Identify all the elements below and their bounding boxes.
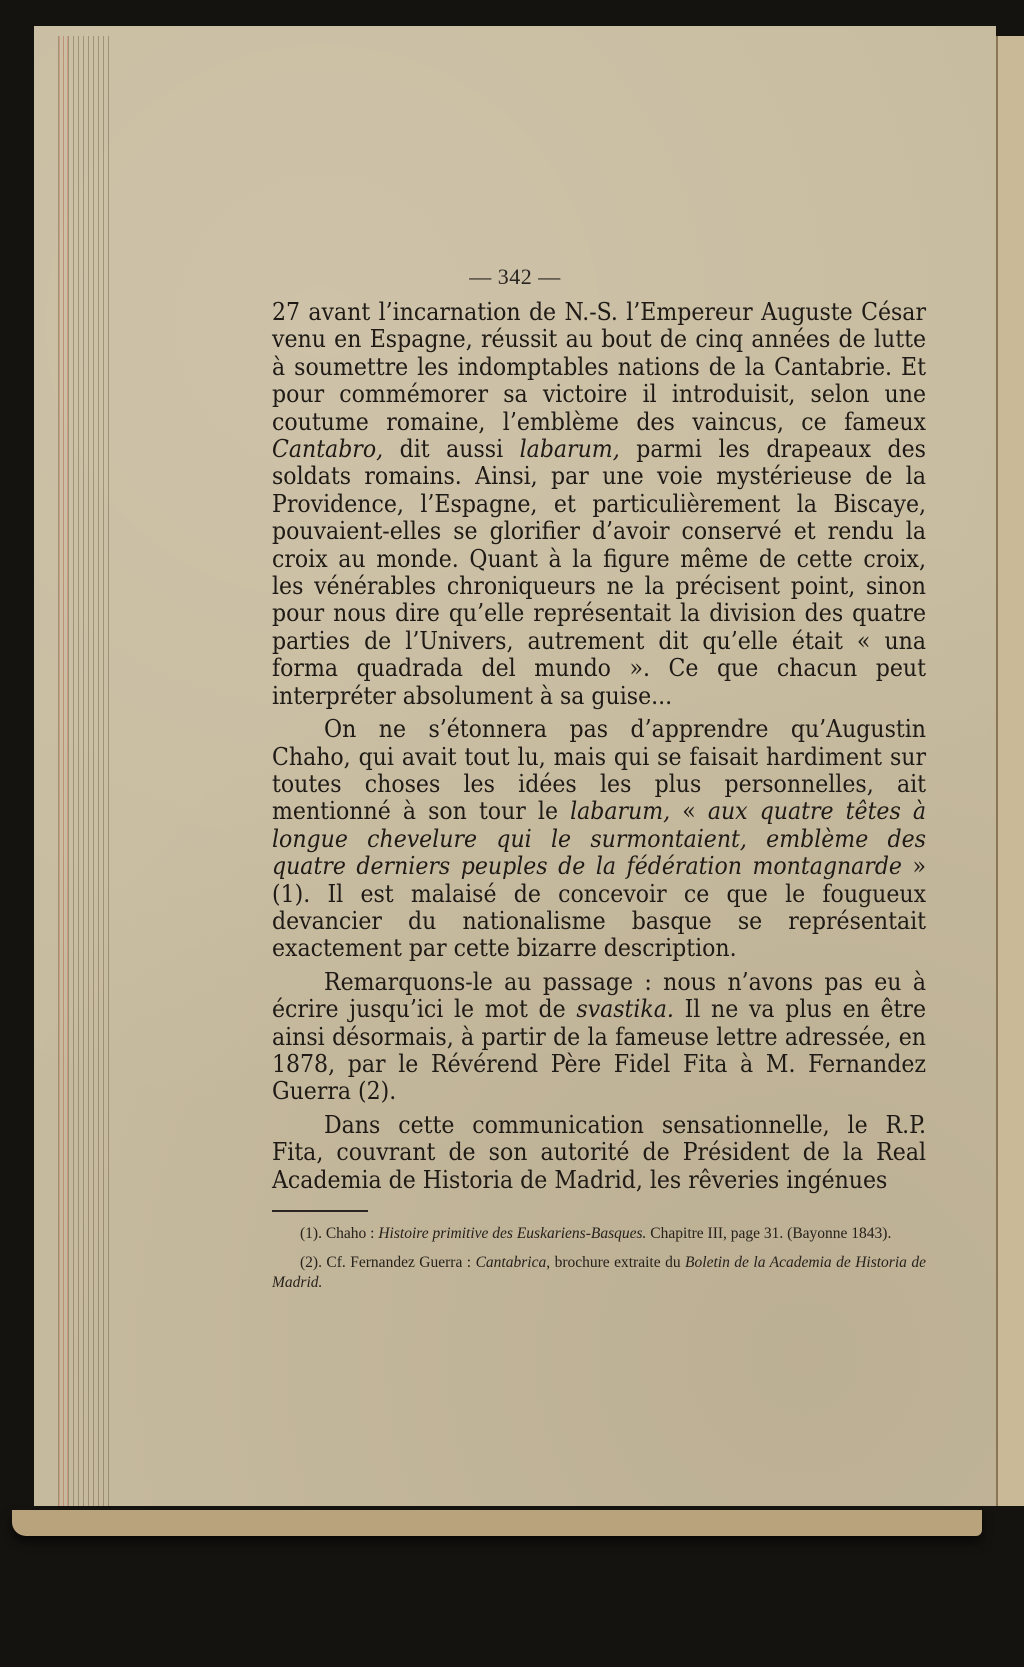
italic-text: Cantabrica, (476, 1254, 551, 1271)
book-page: — 342 — 27 avant l’incarnation de N.-S. … (34, 26, 996, 1506)
paragraph-3: Remarquons-le au passage : nous n’avons … (272, 968, 926, 1105)
page-edge-stack (54, 36, 110, 1506)
text-run: Chapitre III, page 31. (Bayonne 1843). (646, 1225, 891, 1242)
italic-text: svastika. (576, 994, 674, 1023)
paragraph-2: On ne s’étonnera pas d’apprendre qu’Augu… (272, 715, 926, 962)
footnote-1: (1). Chaho : Histoire primitive des Eusk… (272, 1224, 926, 1244)
page-number: — 342 — (34, 264, 996, 290)
text-run: brochure extraite du (550, 1254, 685, 1271)
italic-text: Cantabro, (272, 434, 383, 463)
footnote-2: (2). Cf. Fernandez Guerra : Cantabrica, … (272, 1253, 926, 1293)
body-text: 27 avant l’incarnation de N.-S. l’Empere… (272, 298, 926, 1193)
text-run: dit aussi (383, 434, 520, 463)
italic-text: labarum, (520, 434, 620, 463)
footnote-divider (272, 1210, 368, 1212)
italic-text: Histoire primitive des Euskariens-Basque… (378, 1225, 646, 1242)
paragraph-1: 27 avant l’incarnation de N.-S. l’Empere… (272, 298, 926, 709)
page-bottom-edge (12, 1510, 982, 1536)
text-run: (2). Cf. Fernandez Guerra : (300, 1254, 476, 1271)
facing-page-edge (996, 36, 1024, 1506)
italic-text: labarum, (570, 796, 670, 825)
text-run: Dans cette communication sensationnelle,… (272, 1110, 926, 1194)
paragraph-4: Dans cette communication sensationnelle,… (272, 1111, 926, 1193)
text-run: « (670, 796, 708, 825)
text-run: parmi les drapeaux des soldats romains. … (272, 434, 926, 710)
text-run: (1). Chaho : (300, 1225, 378, 1242)
footnotes: (1). Chaho : Histoire primitive des Eusk… (272, 1224, 926, 1302)
text-run: 27 avant l’incarnation de N.-S. l’Empere… (272, 297, 926, 436)
